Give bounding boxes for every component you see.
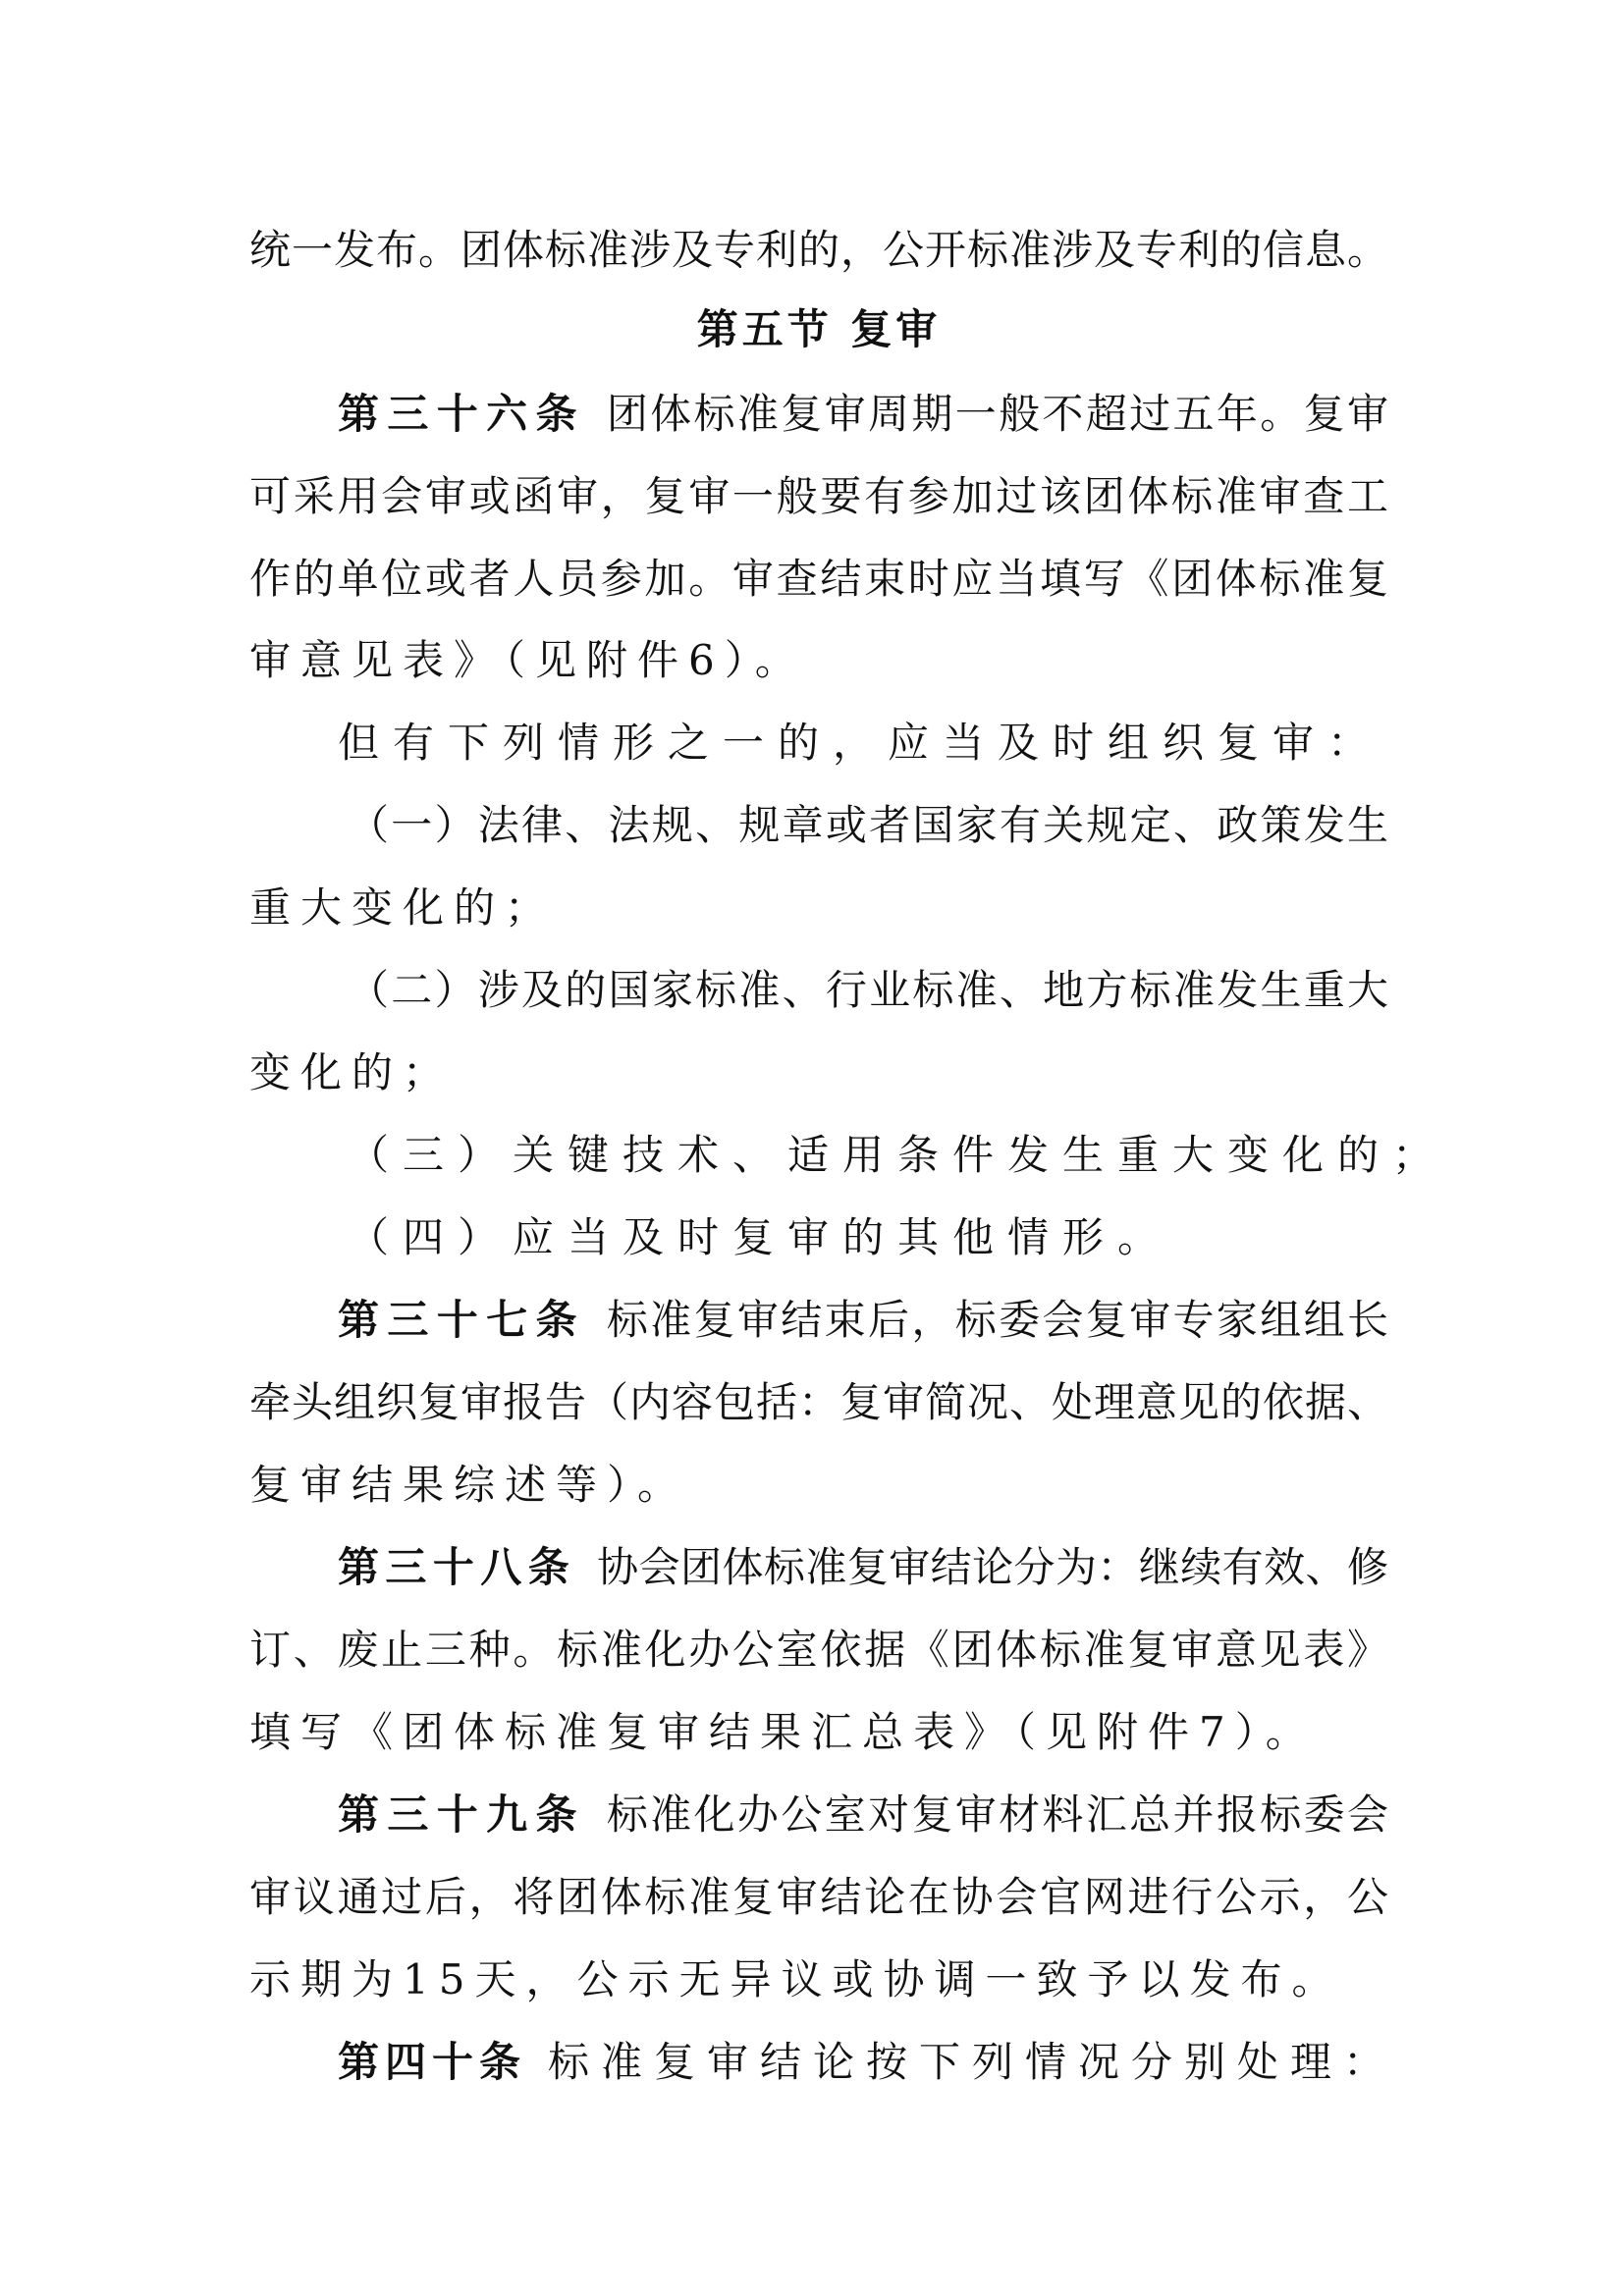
article-38-line-1: 第三十八条协会团体标准复审结论分为：继续有效、修 bbox=[338, 1538, 1388, 1597]
article-38-label: 第三十八条 bbox=[338, 1543, 575, 1591]
article-37-line-2: 牵头组织复审报告（内容包括：复审简况、处理意见的依据、 bbox=[249, 1373, 1388, 1432]
article-36-line-4: 审意见表》（见附件6）。 bbox=[249, 631, 806, 690]
condition-1-line-2: 重大变化的； bbox=[249, 879, 556, 937]
article-36-line-3: 作的单位或者人员参加。审查结束时应当填写《团体标准复 bbox=[249, 550, 1388, 609]
article-38-line-2: 订、废止三种。标准化办公室依据《团体标准复审意见表》 bbox=[249, 1621, 1388, 1680]
article-36-line-2: 可采用会审或函审，复审一般要有参加过该团体标准审查工 bbox=[249, 467, 1388, 526]
conditions-intro: 但有下列情形之一的，应当及时组织复审： bbox=[338, 714, 1382, 773]
article-37-line-1: 第三十七条标准复审结束后，标委会复审专家组组长 bbox=[338, 1291, 1388, 1350]
article-36-line-1: 第三十六条团体标准复审周期一般不超过五年。复审 bbox=[338, 385, 1388, 444]
article-39-line-1: 第三十九条标准化办公室对复审材料汇总并报标委会 bbox=[338, 1786, 1388, 1844]
article-39-line-2: 审议通过后，将团体标准复审结论在协会官网进行公示，公 bbox=[249, 1868, 1388, 1927]
article-38-line-3: 填写《团体标准复审结果汇总表》（见附件7）。 bbox=[249, 1703, 1317, 1762]
article-40-label: 第四十条 bbox=[338, 2038, 526, 2086]
article-39-line-3: 示期为15天，公示无异议或协调一致予以发布。 bbox=[249, 1950, 1342, 2009]
article-40-line-1: 第四十条标准复审结论按下列情况分别处理： bbox=[338, 2033, 1396, 2092]
article-39-label: 第三十九条 bbox=[338, 1790, 585, 1839]
article-37-line-3: 复审结果综述等）。 bbox=[249, 1456, 688, 1515]
condition-3: （三）关键技术、适用条件发生重大变化的； bbox=[348, 1126, 1447, 1185]
condition-1-line-1: （一）法律、法规、规章或者国家有关规定、政策发生 bbox=[348, 796, 1388, 855]
condition-2-line-1: （二）涉及的国家标准、行业标准、地方标准发生重大 bbox=[348, 961, 1388, 1020]
condition-2-line-2: 变化的； bbox=[249, 1043, 454, 1102]
section-heading: 第五节 复审 bbox=[249, 300, 1388, 359]
continuation-line: 统一发布。团体标准涉及专利的，公开标准涉及专利的信息。 bbox=[249, 221, 1388, 280]
article-36-label: 第三十六条 bbox=[338, 390, 585, 438]
article-37-label: 第三十七条 bbox=[338, 1296, 585, 1344]
condition-4: （四）应当及时复审的其他情形。 bbox=[348, 1208, 1172, 1267]
